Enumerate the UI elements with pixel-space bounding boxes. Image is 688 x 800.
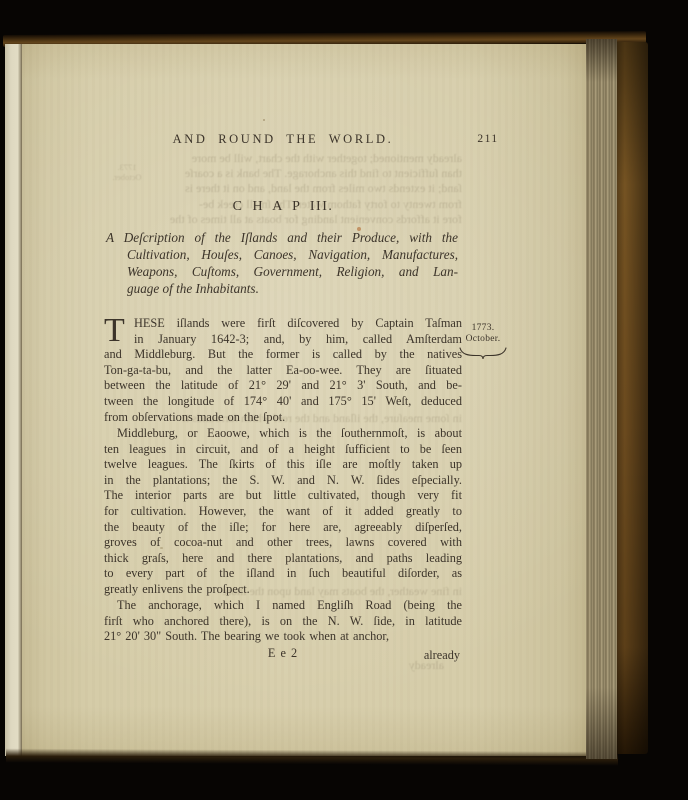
running-header: AND ROUND THE WORLD. 211 <box>104 132 462 148</box>
drop-cap: T <box>104 317 131 345</box>
stain-speck <box>263 119 265 121</box>
text-line: Cultivation, Houſes, Canoes, Navigation,… <box>106 247 458 264</box>
text-line: The interior parts are but little cultiv… <box>104 488 462 504</box>
text-line: the beauty of the iſle; for here are, ag… <box>104 520 462 536</box>
text-line: between the latitude of 21° 29' and 21° … <box>104 378 462 394</box>
text-line: and Middleburg. But the former is called… <box>104 347 462 363</box>
catchword: already <box>424 648 460 663</box>
bleedthrough-margin-note: 1773. October. <box>102 162 152 182</box>
text-line: HESE iſlands were firſt diſcovered by Ca… <box>104 316 462 332</box>
facing-page-edge <box>5 44 22 756</box>
text-line: for cultivation. However, the want of it… <box>104 504 462 520</box>
signature-mark: E e 2 <box>104 646 462 661</box>
brace-icon <box>458 346 508 359</box>
text-line: than ſufficient to find this anchorage. … <box>104 166 462 181</box>
text-line: Middleburg, or Eaoowe, which is the ſout… <box>104 426 462 442</box>
text-line: from obſervations made on the ſpot. <box>104 410 462 426</box>
chapter-heading: C H A P III. <box>104 199 462 215</box>
text-line: The anchorage, which I named Engliſh Roa… <box>104 598 462 614</box>
text-line: ten leagues in circuit, and of a height … <box>104 442 462 458</box>
paragraph-2: Middleburg, or Eaoowe, which is the ſout… <box>104 426 462 598</box>
text-line: A Deſcription of the Iſlands and their P… <box>106 230 458 247</box>
page-bottom-shadow <box>6 748 618 765</box>
text-line: to every part of the iſland in ſuch beau… <box>104 566 462 582</box>
signature-row: E e 2 already <box>104 646 462 662</box>
paragraph-1: T HESE iſlands were firſt diſcovered by … <box>104 316 462 425</box>
text-line: firſt who anchored there), is on the N. … <box>104 614 462 630</box>
text-line: groves of cocoa-nut and other trees, law… <box>104 535 462 551</box>
text-line: twelve leagues. The ſkirts of this iſle … <box>104 457 462 473</box>
text-line: thick graſs, here and there plantations,… <box>104 551 462 567</box>
text-line: greatly enlivens the proſpect. <box>104 582 462 598</box>
text-line: Weapons, Cuſtoms, Government, Religion, … <box>106 264 458 281</box>
text-line: in January 1642-3; and, by him, called A… <box>104 332 462 348</box>
paragraph-3: The anchorage, which I named Engliſh Roa… <box>104 598 462 645</box>
chapter-subtitle: A Deſcription of the Iſlands and their P… <box>106 230 458 298</box>
margin-note-month: October. <box>454 334 512 345</box>
text-line: tween the longitude of 174° 40' and 175°… <box>104 394 462 410</box>
text-line: guage of the Inhabitants. <box>106 281 458 298</box>
text-line: 21° 20' 30" South. The bearing we took w… <box>104 629 462 645</box>
margin-date-note: 1773. October. <box>454 323 512 359</box>
running-title: AND ROUND THE WORLD. <box>104 132 462 147</box>
margin-note-year: 1773. <box>454 323 512 334</box>
text-line: in the plantations; the S. W. and N. W. … <box>104 473 462 489</box>
scan-background: { "colors": { "background": "#070503", "… <box>0 0 688 800</box>
text-line: ſand; it extends two miles from the land… <box>104 181 462 196</box>
book-cover-edge <box>617 42 648 754</box>
page-number: 211 <box>458 133 518 145</box>
page-content: AND ROUND THE WORLD. 211 already mention… <box>104 130 462 690</box>
text-line: already mentioned; together with the cha… <box>104 151 462 166</box>
paragraph-1-lines: HESE iſlands were firſt diſcovered by Ca… <box>104 316 462 425</box>
bleedthrough-text: already mentioned; together with the cha… <box>104 151 462 227</box>
text-line: Ton-ga-ta-bu, and the latter Ea-oo-wee. … <box>104 363 462 379</box>
book-scan: AND ROUND THE WORLD. 211 already mention… <box>0 0 688 800</box>
page-stack-edge <box>586 39 617 759</box>
